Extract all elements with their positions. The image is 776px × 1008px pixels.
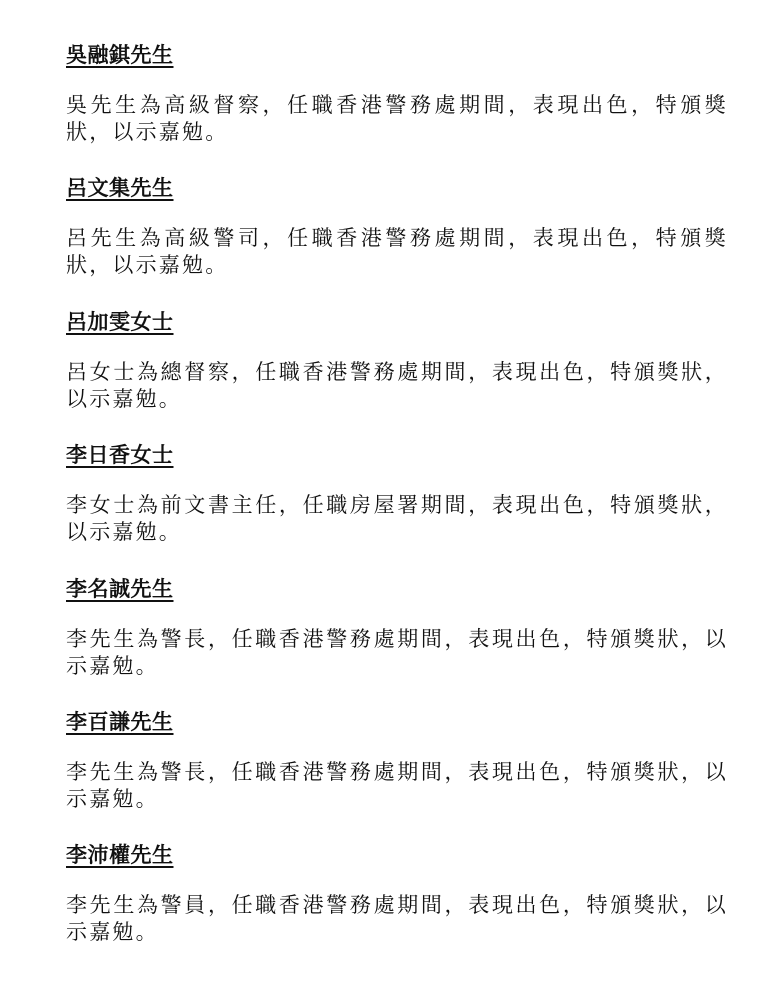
award-entry: 吳融錤先生 吳先生為高級督察，任職香港警務處期間，表現出色，特頒獎狀，以示嘉勉。 bbox=[66, 40, 728, 173]
award-entry: 李沛權先生 李先生為警員，任職香港警務處期間，表現出色，特頒獎狀，以示嘉勉。 bbox=[66, 840, 728, 973]
recipient-name: 李沛權先生 bbox=[66, 840, 174, 870]
recipient-description: 吳先生為高級督察，任職香港警務處期間，表現出色，特頒獎狀，以示嘉勉。 bbox=[66, 92, 728, 146]
recipient-description: 呂先生為高級警司，任職香港警務處期間，表現出色，特頒獎狀，以示嘉勉。 bbox=[66, 225, 728, 279]
award-entry: 呂文集先生 呂先生為高級警司，任職香港警務處期間，表現出色，特頒獎狀，以示嘉勉。 bbox=[66, 173, 728, 306]
recipient-name: 吳融錤先生 bbox=[66, 40, 174, 70]
award-entry: 李百謙先生 李先生為警長，任職香港警務處期間，表現出色，特頒獎狀，以示嘉勉。 bbox=[66, 707, 728, 840]
recipient-name: 李日香女士 bbox=[66, 440, 174, 470]
award-entry: 李日香女士 李女士為前文書主任，任職房屋署期間，表現出色，特頒獎狀，以示嘉勉。 bbox=[66, 440, 728, 573]
recipient-description: 呂女士為總督察，任職香港警務處期間，表現出色，特頒獎狀，以示嘉勉。 bbox=[66, 359, 728, 413]
recipient-description: 李先生為警長，任職香港警務處期間，表現出色，特頒獎狀，以示嘉勉。 bbox=[66, 626, 728, 680]
award-entry: 呂加雯女士 呂女士為總督察，任職香港警務處期間，表現出色，特頒獎狀，以示嘉勉。 bbox=[66, 307, 728, 440]
document-page: 吳融錤先生 吳先生為高級督察，任職香港警務處期間，表現出色，特頒獎狀，以示嘉勉。… bbox=[66, 40, 728, 974]
recipient-name: 呂文集先生 bbox=[66, 173, 174, 203]
recipient-name: 呂加雯女士 bbox=[66, 307, 174, 337]
recipient-description: 李先生為警長，任職香港警務處期間，表現出色，特頒獎狀，以示嘉勉。 bbox=[66, 759, 728, 813]
recipient-description: 李先生為警員，任職香港警務處期間，表現出色，特頒獎狀，以示嘉勉。 bbox=[66, 892, 728, 946]
recipient-description: 李女士為前文書主任，任職房屋署期間，表現出色，特頒獎狀，以示嘉勉。 bbox=[66, 492, 728, 546]
award-entry: 李名誠先生 李先生為警長，任職香港警務處期間，表現出色，特頒獎狀，以示嘉勉。 bbox=[66, 574, 728, 707]
recipient-name: 李百謙先生 bbox=[66, 707, 174, 737]
recipient-name: 李名誠先生 bbox=[66, 574, 174, 604]
